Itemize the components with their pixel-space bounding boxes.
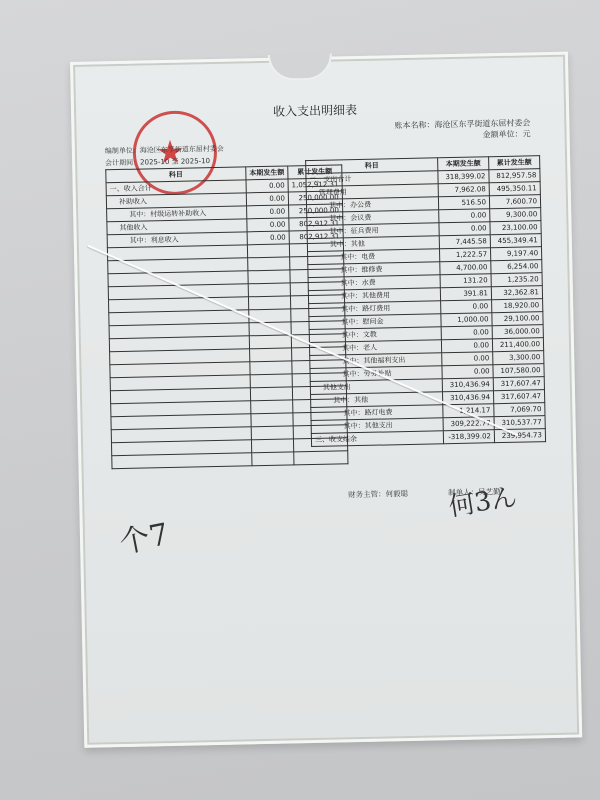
row-cumulative-amount: 18,920.00 <box>492 299 543 313</box>
row-current-amount: 310,436.94 <box>442 378 493 392</box>
finance-supervisor: 财务主管：何毅聪 <box>348 488 408 500</box>
row-current-amount: 0.00 <box>439 222 490 236</box>
row-current-amount: 309,222.77 <box>443 417 494 431</box>
holder-finger-notch <box>268 54 333 81</box>
row-current-amount: 0.00 <box>247 218 289 232</box>
row-current-amount: 318,399.02 <box>438 170 489 184</box>
empty-cell <box>294 451 348 465</box>
row-cumulative-amount: 1,235.20 <box>491 273 542 287</box>
row-cumulative-amount: 317,607.47 <box>493 377 544 391</box>
row-cumulative-amount: 7,600.70 <box>489 195 540 209</box>
row-current-amount: 1,222.57 <box>439 248 490 262</box>
row-subject: 三、收支结余 <box>311 431 443 447</box>
row-current-amount: 0.00 <box>441 300 492 314</box>
row-current-amount: 0.00 <box>247 231 289 245</box>
statement-paper: ★ 收入支出明细表 账本名称：海沧区东孚街道东屈村委会 金额单位：元 编制单位：… <box>80 85 559 540</box>
row-current-amount: 0.00 <box>439 209 490 223</box>
row-cumulative-amount: 36,000.00 <box>492 325 543 339</box>
empty-cell <box>248 270 290 284</box>
row-cumulative-amount: 107,580.00 <box>493 364 544 378</box>
row-current-amount: 131.20 <box>440 274 491 288</box>
row-cumulative-amount: 6,254.00 <box>491 260 542 274</box>
currency-unit: 金额单位：元 <box>483 128 531 140</box>
empty-cell <box>248 283 290 297</box>
empty-cell <box>112 453 252 469</box>
row-current-amount: 0.00 <box>246 192 288 206</box>
handwritten-signature-left: 个7 <box>115 509 172 562</box>
empty-cell <box>247 244 289 258</box>
col-current: 本期发生额 <box>246 166 288 180</box>
row-current-amount: -318,399.02 <box>443 430 494 444</box>
row-cumulative-amount: 211,400.00 <box>492 338 543 352</box>
empty-cell <box>250 387 292 401</box>
empty-cell <box>248 257 290 271</box>
row-cumulative-amount: 7,069.70 <box>494 403 545 417</box>
empty-cell <box>250 348 292 362</box>
handwritten-signature-right: 何3ん <box>446 476 520 523</box>
row-current-amount: 1,000.00 <box>441 313 492 327</box>
row-cumulative-amount: 3,300.00 <box>493 351 544 365</box>
row-cumulative-amount: 455,349.41 <box>490 234 541 248</box>
row-current-amount: 391.81 <box>440 287 491 301</box>
row-current-amount: 4,700.00 <box>440 261 491 275</box>
row-cumulative-amount: 9,300.00 <box>490 208 541 222</box>
row-cumulative-amount: 812,957.58 <box>489 169 540 183</box>
row-current-amount: 516.50 <box>438 196 489 210</box>
row-current-amount: 0.00 <box>246 179 288 193</box>
acrylic-document-holder: ★ 收入支出明细表 账本名称：海沧区东孚街道东屈村委会 金额单位：元 编制单位：… <box>70 52 582 748</box>
col-current: 本期发生额 <box>438 157 489 171</box>
empty-cell <box>250 361 292 375</box>
row-cumulative-amount: 9,197.40 <box>490 247 541 261</box>
empty-cell <box>251 413 293 427</box>
row-cumulative-amount: 32,362.81 <box>491 286 542 300</box>
expense-table: 科目 本期发生额 累计发生额 二、支出合计318,399.02812,957.5… <box>305 155 546 447</box>
row-current-amount: 0.00 <box>442 365 493 379</box>
empty-cell <box>250 374 292 388</box>
row-current-amount: 0.00 <box>442 352 493 366</box>
row-current-amount: 0.00 <box>441 339 492 353</box>
empty-cell <box>249 335 291 349</box>
row-cumulative-amount: 29,100.00 <box>492 312 543 326</box>
row-current-amount: 0.00 <box>441 326 492 340</box>
row-cumulative-amount: 239,954.73 <box>494 429 545 443</box>
row-cumulative-amount: 317,607.47 <box>493 390 544 404</box>
col-cumulative: 累计发生额 <box>489 156 540 170</box>
row-current-amount: 7,445.58 <box>439 235 490 249</box>
empty-cell <box>252 452 294 466</box>
row-current-amount: 0.00 <box>247 205 289 219</box>
row-current-amount: 7,962.08 <box>438 183 489 197</box>
row-cumulative-amount: 495,350.11 <box>489 182 540 196</box>
empty-cell <box>251 439 293 453</box>
row-current-amount: 310,436.94 <box>442 391 493 405</box>
row-cumulative-amount: 23,100.00 <box>490 221 541 235</box>
empty-cell <box>251 426 293 440</box>
empty-cell <box>251 400 293 414</box>
empty-cell <box>248 296 290 310</box>
